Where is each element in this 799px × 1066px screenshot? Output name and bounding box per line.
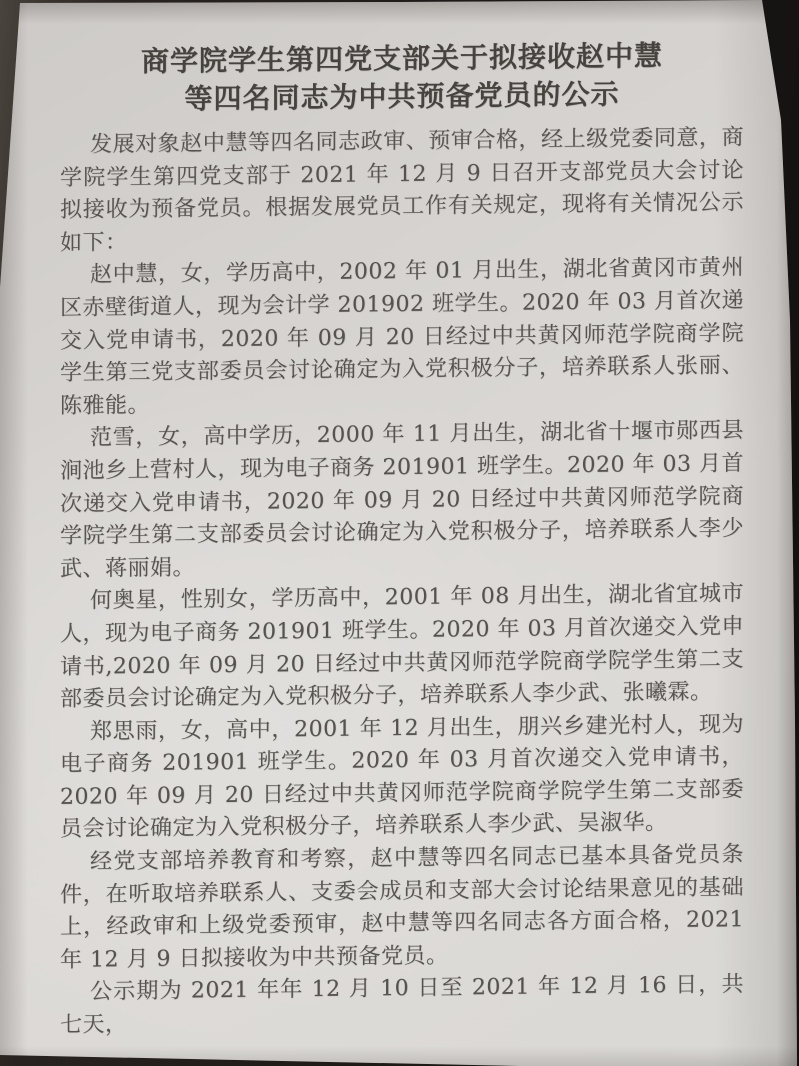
- document-content: 商学院学生第四党支部关于拟接收赵中慧 等四名同志为中共预备党员的公示 发展对象赵…: [60, 36, 744, 1042]
- paragraph-fan-xue: 范雪，女，高中学历，2000 年 11 月出生，湖北省十堰市郧西县涧池乡上营村人…: [60, 415, 744, 586]
- title-line-1: 商学院学生第四党支部关于拟接收赵中慧: [60, 36, 744, 82]
- paragraph-zhao-zhonghui: 赵中慧，女，学历高中，2002 年 01 月出生，湖北省黄冈市黄州区赤壁街道人，…: [60, 252, 744, 423]
- paragraph-zheng-siyu: 郑思雨，女，高中，2001 年 12 月出生，朋兴乡建光村人，现为电子商务 20…: [60, 709, 744, 847]
- title-line-2: 等四名同志为中共预备党员的公示: [60, 74, 744, 120]
- paragraph-intro: 发展对象赵中慧等四名同志政审、预审合格，经上级党委同意，商学院学生第四党支部于 …: [60, 122, 744, 260]
- photo-scene: 商学院学生第四党支部关于拟接收赵中慧 等四名同志为中共预备党员的公示 发展对象赵…: [0, 0, 799, 1066]
- document-title: 商学院学生第四党支部关于拟接收赵中慧 等四名同志为中共预备党员的公示: [60, 36, 744, 120]
- paragraph-assessment: 经党支部培养教育和考察，赵中慧等四名同志已基本具备党员条件，在听取培养联系人、支…: [60, 839, 744, 977]
- paragraph-he-aoxing: 何奥星，性别女，学历高中，2001 年 08 月出生，湖北省宜城市人，现为电子商…: [60, 578, 744, 716]
- document-paper: 商学院学生第四党支部关于拟接收赵中慧 等四名同志为中共预备党员的公示 发展对象赵…: [0, 0, 799, 1066]
- paragraph-publicity-period: 公示期为 2021 年年 12 月 10 日至 2021 年 12 月 16 日…: [60, 970, 744, 1043]
